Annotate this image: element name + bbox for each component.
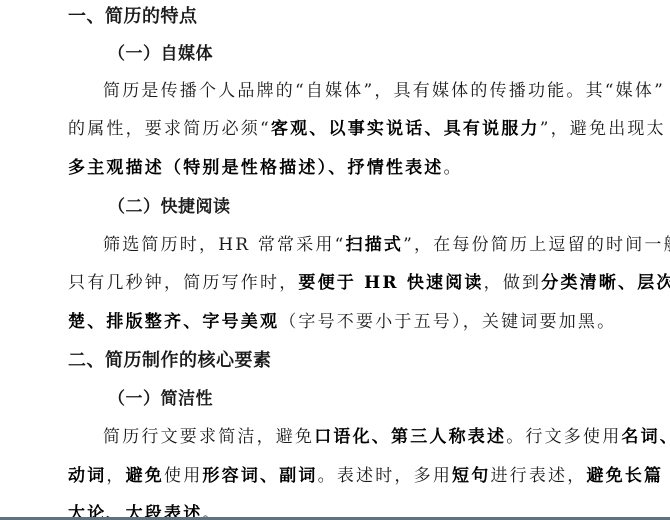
subsection-heading-quick-reading: （二）快捷阅读 [108,196,231,218]
subsection-heading-self-media: （一）自媒体 [108,43,213,65]
paragraph-line: 楚、排版整齐、字号美观（字号不要小于五号），关键词要加黑。 [68,311,616,333]
paragraph-line: 的属性，要求简历必须“客观、以事实说话、具有说服力”，避免出现太 [68,118,666,140]
paragraph-line: 只有几秒钟，简历写作时，要便于 HR 快速阅读，做到分类清晰、层次清 [68,272,670,294]
paragraph-line: 简历是传播个人品牌的“自媒体”，具有媒体的传播功能。其“媒体” [103,80,665,102]
subsection-heading-conciseness: （一）简洁性 [108,388,213,410]
paragraph-line: 动词，避免使用形容词、副词。表述时，多用短句进行表述，避免长篇 [68,465,663,487]
section-heading-2: 二、简历制作的核心要素 [68,350,272,372]
paragraph-line: 筛选简历时，HR 常常采用“扫描式”，在每份简历上逗留的时间一般 [103,234,670,256]
document-page: 一、简历的特点 （一）自媒体 简历是传播个人品牌的“自媒体”，具有媒体的传播功能… [0,0,670,520]
section-heading-1: 一、简历的特点 [68,6,198,28]
paragraph-line: 简历行文要求简洁，避免口语化、第三人称表述。行文多使用名词、 [103,426,670,448]
paragraph-line: 多主观描述（特别是性格描述）、抒情性表述。 [68,157,463,179]
